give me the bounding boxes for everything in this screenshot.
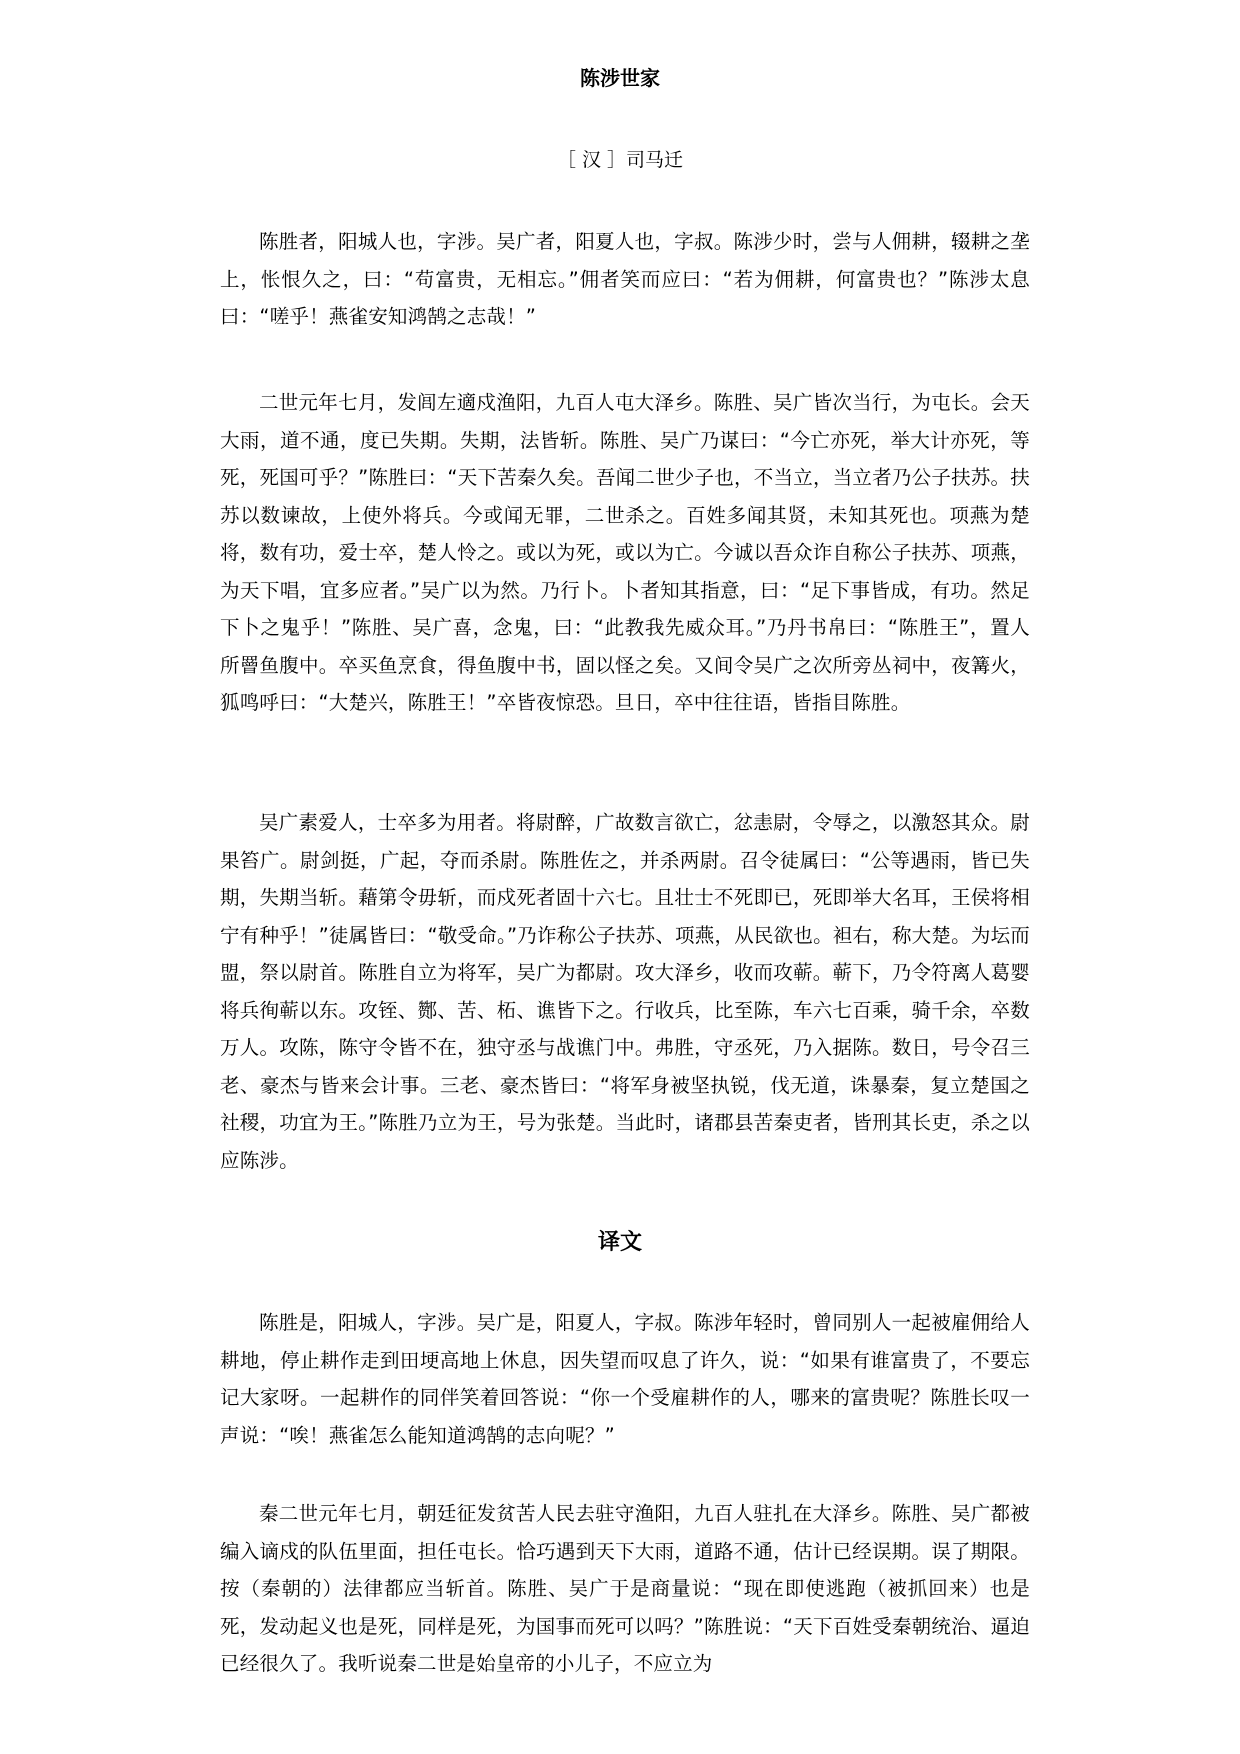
translation-paragraph-2: 秦二世元年七月，朝廷征发贫苦人民去驻守渔阳，九百人驻扎在大泽乡。陈胜、吴广都被编… (220, 1495, 1030, 1683)
original-paragraph-3: 吴广素爱人，士卒多为用者。将尉醉，广故数言欲亡，忿恚尉，令辱之，以激怒其众。尉果… (220, 804, 1030, 1179)
original-paragraph-1: 陈胜者，阳城人也，字涉。吴广者，阳夏人也，字叔。陈涉少时，尝与人佣耕，辍耕之垄上… (220, 223, 1030, 336)
document-page: 陈涉世家 ［ 汉 ］司马迁 陈胜者，阳城人也，字涉。吴广者，阳夏人也，字叔。陈涉… (0, 0, 1240, 1754)
document-title: 陈涉世家 (0, 64, 1240, 92)
document-author: ［ 汉 ］司马迁 (0, 146, 1240, 174)
original-paragraph-2: 二世元年七月，发闾左適戍渔阳，九百人屯大泽乡。陈胜、吴广皆次当行，为屯长。会天大… (220, 384, 1030, 722)
translation-paragraph-1: 陈胜是，阳城人，字涉。吴广是，阳夏人，字叔。陈涉年轻时，曾同别人一起被雇佣给人耕… (220, 1304, 1030, 1454)
translation-heading: 译文 (0, 1228, 1240, 1258)
